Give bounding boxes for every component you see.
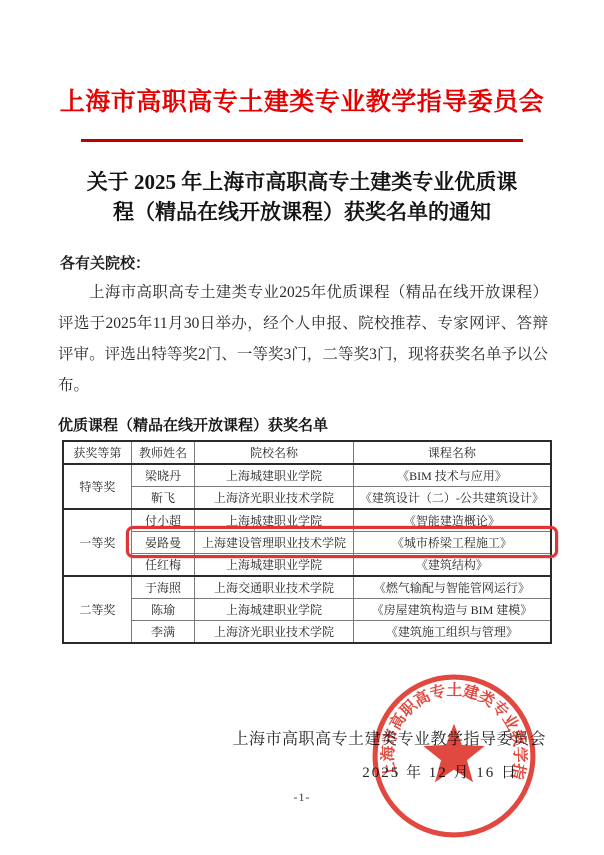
awards-table-header-row: 获奖等第 教师姓名 院校名称 课程名称 [63,441,551,464]
school-name-cell: 上海济光职业技术学院 [195,487,354,510]
document-title-line2: 程（精品在线开放课程）获奖名单的通知 [40,197,564,227]
document-title-line1: 关于 2025 年上海市高职高专土建类专业优质课 [40,167,564,197]
table-row: 靳飞上海济光职业技术学院《建筑设计（二）-公共建筑设计》 [63,487,551,510]
awards-table-body: 特等奖梁晓丹上海城建职业学院《BIM 技术与应用》靳飞上海济光职业技术学院《建筑… [63,464,551,643]
header-school-name: 院校名称 [195,441,354,464]
awards-table-title: 优质课程（精品在线开放课程）获奖名单 [58,414,548,435]
award-tier-cell: 一等奖 [63,509,131,576]
course-name-cell: 《城市桥梁工程施工》 [353,532,551,554]
teacher-name-cell: 付小超 [131,509,194,532]
header-teacher-name: 教师姓名 [131,441,194,464]
seal-star-icon [423,724,485,783]
course-name-cell: 《建筑结构》 [353,554,551,577]
course-name-cell: 《建筑施工组织与管理》 [353,621,551,644]
award-tier-cell: 特等奖 [63,464,131,509]
awards-table-container: 获奖等第 教师姓名 院校名称 课程名称 特等奖梁晓丹上海城建职业学院《BIM 技… [62,440,552,644]
letterhead-org-title: 上海市高职高专土建类专业教学指导委员会 [30,82,574,118]
award-tier-cell: 二等奖 [63,576,131,643]
teacher-name-cell: 李满 [131,621,194,644]
teacher-name-cell: 靳飞 [131,487,194,510]
school-name-cell: 上海交通职业技术学院 [195,576,354,599]
body-paragraph: 上海市高职高专土建类专业2025年优质课程（精品在线开放课程）评选于2025年1… [58,277,548,401]
school-name-cell: 上海城建职业学院 [195,554,354,577]
table-row: 特等奖梁晓丹上海城建职业学院《BIM 技术与应用》 [63,464,551,487]
table-row: 陈瑜上海城建职业学院《房屋建筑构造与 BIM 建模》 [63,599,551,621]
salutation: 各有关院校： [60,252,544,273]
teacher-name-cell: 任红梅 [131,554,194,577]
table-row: 晏路曼上海建设管理职业技术学院《城市桥梁工程施工》 [63,532,551,554]
teacher-name-cell: 梁晓丹 [131,464,194,487]
course-name-cell: 《房屋建筑构造与 BIM 建模》 [353,599,551,621]
header-award-tier: 获奖等第 [63,441,131,464]
document-title: 关于 2025 年上海市高职高专土建类专业优质课 程（精品在线开放课程）获奖名单… [40,167,564,227]
official-seal: 上海市高职高专土建类专业教学指导委员会 [368,670,540,842]
letterhead-divider [81,139,523,142]
school-name-cell: 上海建设管理职业技术学院 [195,532,354,554]
table-row: 任红梅上海城建职业学院《建筑结构》 [63,554,551,577]
teacher-name-cell: 晏路曼 [131,532,194,554]
teacher-name-cell: 于海照 [131,576,194,599]
table-row: 二等奖于海照上海交通职业技术学院《燃气输配与智能管网运行》 [63,576,551,599]
course-name-cell: 《BIM 技术与应用》 [353,464,551,487]
school-name-cell: 上海城建职业学院 [195,599,354,621]
school-name-cell: 上海济光职业技术学院 [195,621,354,644]
school-name-cell: 上海城建职业学院 [195,509,354,532]
course-name-cell: 《燃气输配与智能管网运行》 [353,576,551,599]
teacher-name-cell: 陈瑜 [131,599,194,621]
header-course-name: 课程名称 [353,441,551,464]
table-row: 一等奖付小超上海城建职业学院《智能建造概论》 [63,509,551,532]
course-name-cell: 《建筑设计（二）-公共建筑设计》 [353,487,551,510]
course-name-cell: 《智能建造概论》 [353,509,551,532]
awards-table: 获奖等第 教师姓名 院校名称 课程名称 特等奖梁晓丹上海城建职业学院《BIM 技… [62,440,552,644]
table-row: 李满上海济光职业技术学院《建筑施工组织与管理》 [63,621,551,644]
school-name-cell: 上海城建职业学院 [195,464,354,487]
